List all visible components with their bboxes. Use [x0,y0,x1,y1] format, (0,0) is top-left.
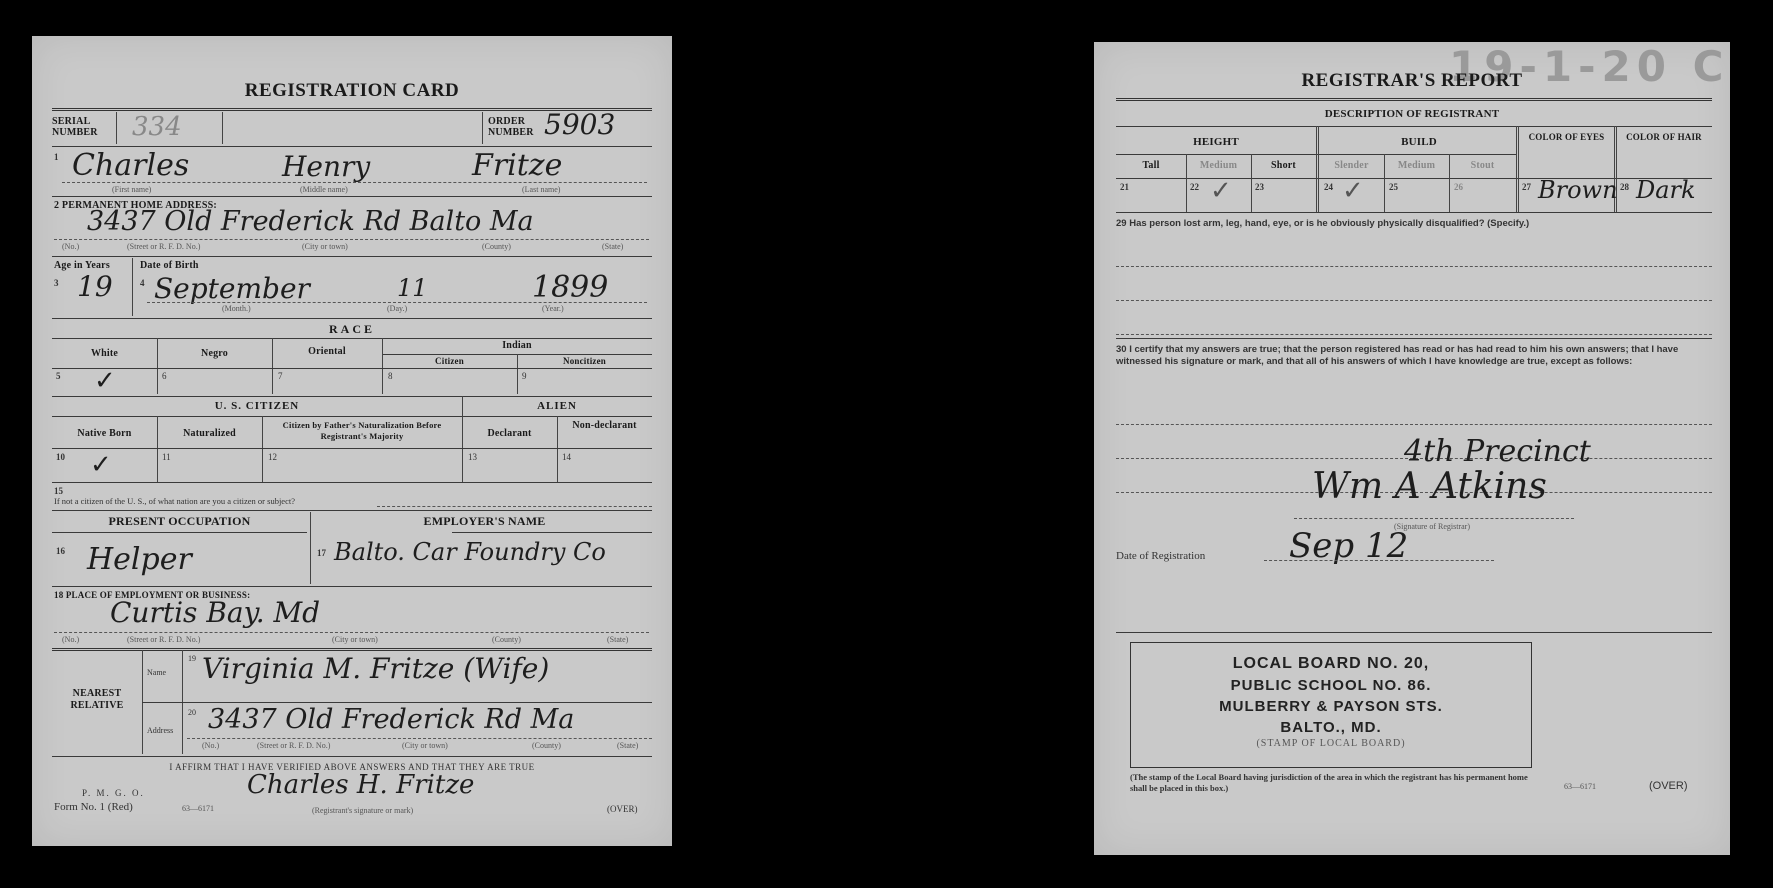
q15-text: If not a citizen of the U. S., of what n… [54,496,295,506]
local-board-stamp: LOCAL BOARD NO. 20, PUBLIC SCHOOL NO. 86… [1130,642,1532,768]
q29-text: 29 Has person lost arm, leg, hand, eye, … [1116,218,1712,230]
home-address: 3437 Old Frederick Rd Balto Ma [87,206,534,237]
race-white-check: ✓ [94,366,116,396]
occupation-value: Helper [87,542,192,577]
middle-name: Henry [282,150,370,183]
relative-name: Virginia M. Fritze (Wife) [202,652,549,685]
report-title: REGISTRAR'S REPORT [1094,70,1730,92]
age-value: 19 [77,270,113,303]
serial-label: SERIAL NUMBER [52,116,112,138]
place-of-employment: Curtis Bay. Md [110,596,320,629]
dob-year: 1899 [532,270,608,305]
registration-card: REGISTRATION CARD SERIAL NUMBER 334 ORDE… [32,36,672,846]
height-medium-check: ✓ [1210,176,1232,206]
registrars-report-card: 19-1-20 C REGISTRAR'S REPORT DESCRIPTION… [1094,42,1730,855]
employer-value: Balto. Car Foundry Co [334,538,606,566]
card-title: REGISTRATION CARD [32,80,672,102]
order-number: 5903 [544,108,615,141]
race-heading: RACE [32,322,672,337]
registrant-signature: Charles H. Fritze [247,770,474,800]
us-citizen-heading: U. S. CITIZEN [52,400,462,412]
hair-color: Dark [1636,176,1696,204]
stamp-footnote: (The stamp of the Local Board having jur… [1130,772,1530,794]
order-label: ORDER NUMBER [488,116,543,138]
eye-color: Brown [1538,176,1618,204]
precinct: 4th Precinct [1404,434,1591,469]
serial-number: 334 [132,112,182,142]
registrar-signature: Wm A Atkins [1312,466,1547,507]
dob-day: 11 [397,274,428,302]
last-name: Fritze [472,148,562,183]
first-name: Charles [72,148,189,183]
alien-heading: ALIEN [462,400,652,412]
dob-month: September [154,272,310,305]
native-born-check: ✓ [90,450,112,480]
description-heading: DESCRIPTION OF REGISTRANT [1094,108,1730,120]
build-slender-check: ✓ [1342,176,1364,206]
relative-address: 3437 Old Frederick Rd Ma [208,704,574,735]
nearest-relative-label: NEAREST RELATIVE [52,688,142,712]
q30-text: 30 I certify that my answers are true; t… [1116,344,1712,368]
